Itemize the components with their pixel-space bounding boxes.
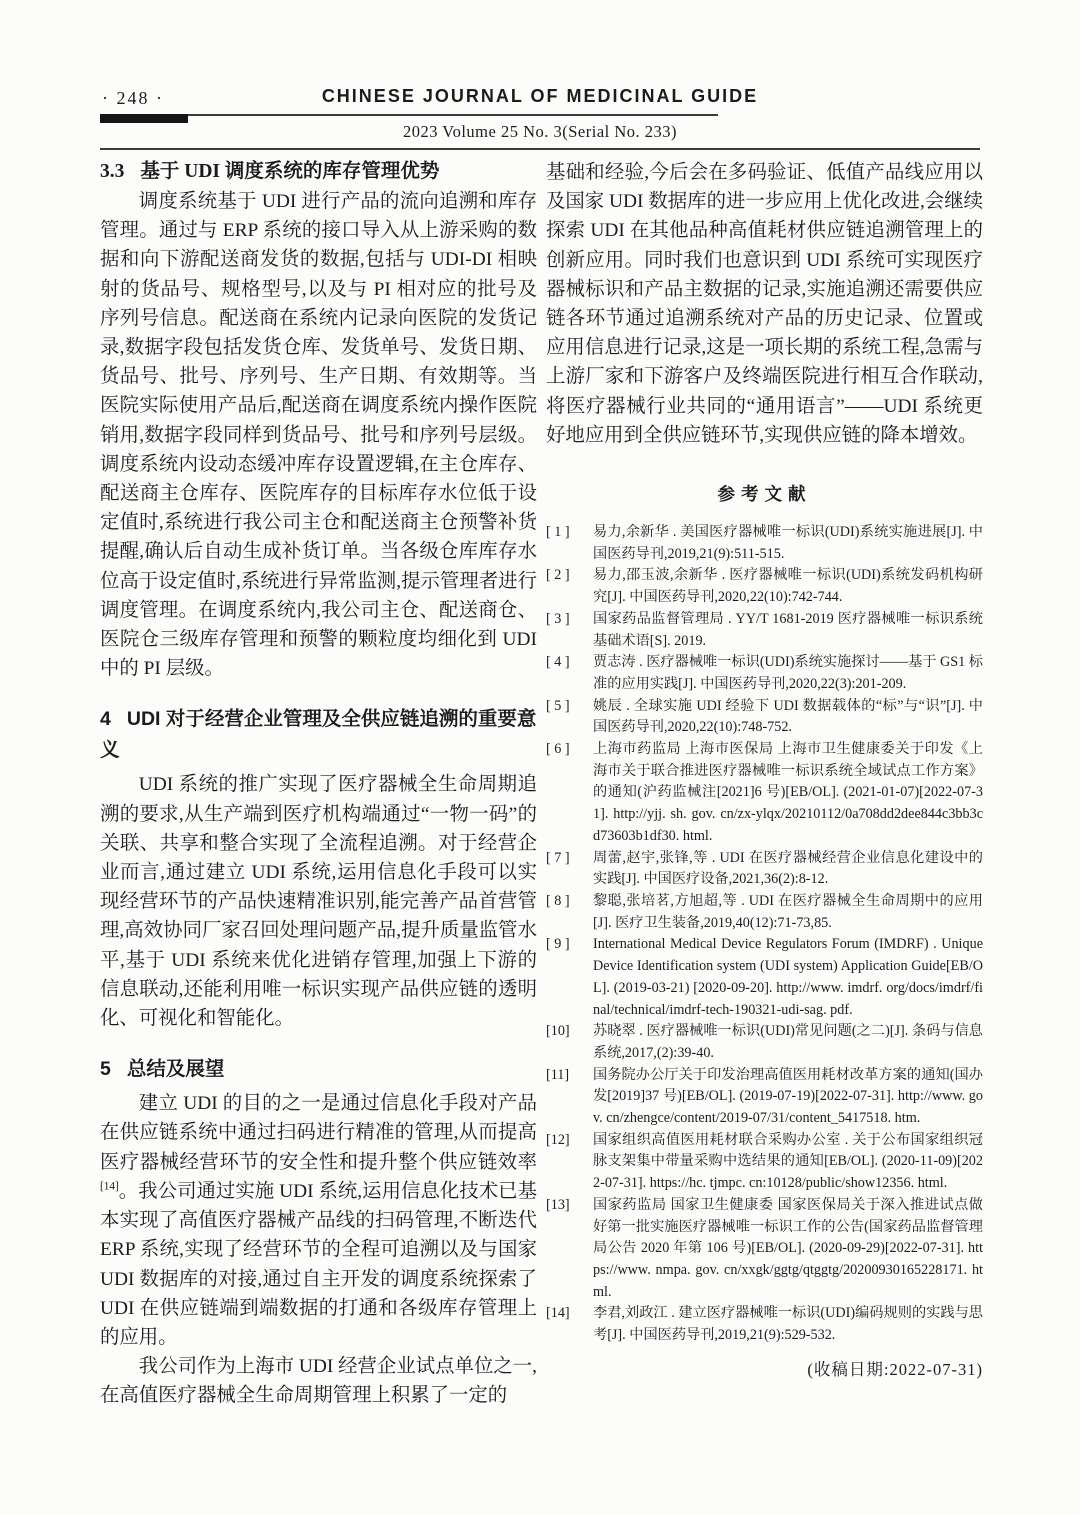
section-4-paragraph: UDI 系统的推广实现了医疗器械全生命周期追溯的要求,从生产端到医疗机构端通过“… [100,770,537,1033]
reference-item: [ 9 ]International Medical Device Regula… [546,934,983,1021]
reference-text: 苏晓翠 . 医疗器械唯一标识(UDI)常见问题(之二)[J]. 条码与信息系统,… [593,1021,983,1064]
reference-item: [ 3 ]国家药品监督管理局 . YY/T 1681-2019 医疗器械唯一标识… [546,609,983,652]
section-5-number: 5 [100,1058,111,1080]
reference-item: [14]李君,刘政江 . 建立医疗器械唯一标识(UDI)编码规则的实践与思考[J… [546,1303,983,1346]
reference-text: 贾志涛 . 医疗器械唯一标识(UDI)系统实施探讨——基于 GS1 标准的应用实… [593,652,983,695]
reference-text: 国务院办公厅关于印发治理高值医用耗材改革方案的通知(国办发[2019]37 号)… [593,1065,983,1130]
reference-text: 易力,邵玉波,余新华 . 医疗器械唯一标识(UDI)系统发码机构研究[J]. 中… [593,565,983,608]
section-3-3-heading: 3.3基于 UDI 调度系统的库存管理优势 [100,158,537,186]
reference-item: [10]苏晓翠 . 医疗器械唯一标识(UDI)常见问题(之二)[J]. 条码与信… [546,1021,983,1064]
reference-item: [ 5 ]姚辰 . 全球实施 UDI 经验下 UDI 数据载体的“标”与“识”[… [546,696,983,739]
reference-item: [ 4 ]贾志涛 . 医疗器械唯一标识(UDI)系统实施探讨——基于 GS1 标… [546,652,983,695]
reference-item: [12]国家组织高值医用耗材联合采购办公室 . 关于公布国家组织冠脉支架集中带量… [546,1130,983,1195]
section-4-title: UDI 对于经营企业管理及全供应链追溯的重要意义 [100,708,536,761]
issue-line: 2023 Volume 25 No. 3(Serial No. 233) [100,122,980,142]
reference-label: [10] [546,1021,593,1064]
reference-label: [ 6 ] [546,739,593,848]
continuation-paragraph: 基础和经验,今后会在多码验证、低值产品线应用以及国家 UDI 数据库的进一步应用… [546,158,983,450]
section-5-paragraph-1-continued: 。我公司通过实施 UDI 系统,运用信息化技术已基本实现了高值医疗器械产品线的扫… [100,1181,537,1348]
citation-14-superscript: [14] [100,1180,119,1192]
journal-page: · 248 · CHINESE JOURNAL OF MEDICINAL GUI… [0,0,1080,1515]
section-5-title: 总结及展望 [127,1058,225,1080]
section-5-heading: 5总结及展望 [100,1054,537,1085]
reference-text: 李君,刘政江 . 建立医疗器械唯一标识(UDI)编码规则的实践与思考[J]. 中… [593,1303,983,1346]
reference-text: 易力,余新华 . 美国医疗器械唯一标识(UDI)系统实施进展[J]. 中国医药导… [593,522,983,565]
reference-text: 黎聪,张培茗,方旭超,等 . UDI 在医疗器械全生命周期中的应用[J]. 医疗… [593,891,983,934]
reference-label: [ 5 ] [546,696,593,739]
section-5-paragraph-1: 建立 UDI 的目的之一是通过信息化手段对产品在供应链系统中通过扫码进行精准的管… [100,1089,537,1352]
reference-label: [ 3 ] [546,609,593,652]
reference-item: [ 2 ]易力,邵玉波,余新华 . 医疗器械唯一标识(UDI)系统发码机构研究[… [546,565,983,608]
section-3-3-paragraph: 调度系统基于 UDI 进行产品的流向追溯和库存管理。通过与 ERP 系统的接口导… [100,187,537,683]
reference-label: [ 1 ] [546,522,593,565]
reference-item: [ 7 ]周蕾,赵宇,张锋,等 . UDI 在医疗器械经营企业信息化建设中的实践… [546,848,983,891]
header-rule-top [100,114,718,116]
section-3-3-number: 3.3 [100,161,124,182]
reference-label: [11] [546,1065,593,1130]
reference-label: [12] [546,1130,593,1195]
section-5-paragraph-1-text: 建立 UDI 的目的之一是通过信息化手段对产品在供应链系统中通过扫码进行精准的管… [100,1093,537,1172]
reference-label: [ 8 ] [546,891,593,934]
reference-text: International Medical Device Regulators … [593,934,983,1021]
reference-item: [13]国家药监局 国家卫生健康委 国家医保局关于深入推进试点做好第一批实施医疗… [546,1195,983,1304]
section-4-heading: 4UDI 对于经营企业管理及全供应链追溯的重要意义 [100,704,537,766]
section-3-3-title: 基于 UDI 调度系统的库存管理优势 [140,161,439,182]
reference-label: [13] [546,1195,593,1304]
reference-label: [ 9 ] [546,934,593,1021]
section-5-paragraph-2: 我公司作为上海市 UDI 经营企业试点单位之一,在高值医疗器械全生命周期管理上积… [100,1352,537,1410]
reference-item: [ 1 ]易力,余新华 . 美国医疗器械唯一标识(UDI)系统实施进展[J]. … [546,522,983,565]
received-date: (收稿日期:2022-07-31) [546,1356,983,1380]
left-column: 3.3基于 UDI 调度系统的库存管理优势 调度系统基于 UDI 进行产品的流向… [100,158,537,1411]
reference-text: 周蕾,赵宇,张锋,等 . UDI 在医疗器械经营企业信息化建设中的实践[J]. … [593,848,983,891]
reference-label: [ 4 ] [546,652,593,695]
journal-title: CHINESE JOURNAL OF MEDICINAL GUIDE [100,86,980,107]
section-4-number: 4 [100,708,111,730]
reference-text: 国家药品监督管理局 . YY/T 1681-2019 医疗器械唯一标识系统基础术… [593,609,983,652]
reference-label: [ 2 ] [546,565,593,608]
reference-text: 国家组织高值医用耗材联合采购办公室 . 关于公布国家组织冠脉支架集中带量采购中选… [593,1130,983,1195]
reference-label: [14] [546,1303,593,1346]
reference-text: 上海市药监局 上海市医保局 上海市卫生健康委关于印发《上海市关于联合推进医疗器械… [593,739,983,848]
right-column: 基础和经验,今后会在多码验证、低值产品线应用以及国家 UDI 数据库的进一步应用… [546,158,983,1380]
references-heading: 参考文献 [546,481,983,506]
reference-text: 姚辰 . 全球实施 UDI 经验下 UDI 数据载体的“标”与“识”[J]. 中… [593,696,983,739]
reference-item: [11]国务院办公厅关于印发治理高值医用耗材改革方案的通知(国办发[2019]3… [546,1065,983,1130]
reference-label: [ 7 ] [546,848,593,891]
reference-item: [ 8 ]黎聪,张培茗,方旭超,等 . UDI 在医疗器械全生命周期中的应用[J… [546,891,983,934]
header-rule-bottom [100,148,980,150]
references-list: [ 1 ]易力,余新华 . 美国医疗器械唯一标识(UDI)系统实施进展[J]. … [546,522,983,1347]
reference-item: [ 6 ]上海市药监局 上海市医保局 上海市卫生健康委关于印发《上海市关于联合推… [546,739,983,848]
reference-text: 国家药监局 国家卫生健康委 国家医保局关于深入推进试点做好第一批实施医疗器械唯一… [593,1195,983,1304]
